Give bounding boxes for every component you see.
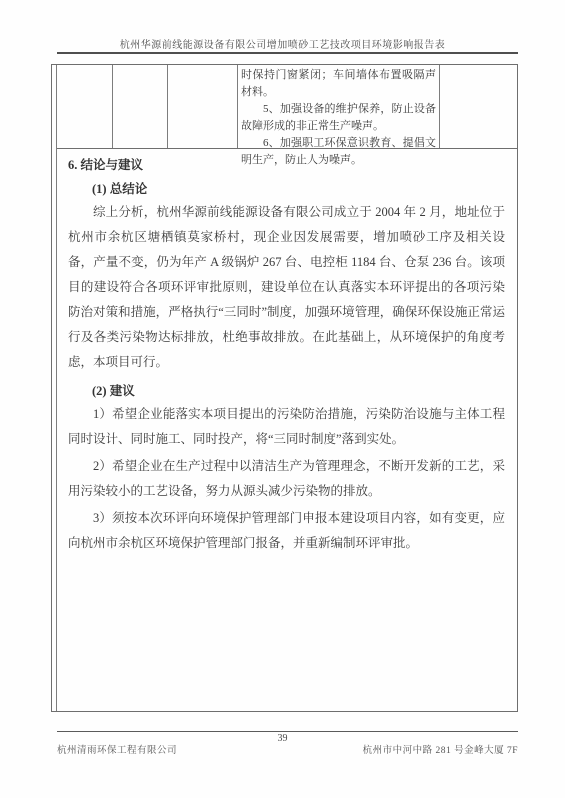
suggestion-item-2: 2）希望企业在生产过程中以清洁生产为管理理念，不断开发新的工艺，采用污染较小的工… bbox=[68, 454, 505, 504]
conclusion-section: 6. 结论与建议 (1) 总结论 综上分析，杭州华源前线能源设备有限公司成立于 … bbox=[57, 149, 517, 711]
suggestion-item-3: 3）须按本次环评向环境保护管理部门申报本建设项目内容，如有变更，应向杭州市余杭区… bbox=[68, 506, 505, 556]
document-page: 杭州华源前线能源设备有限公司增加喷砂工艺技改项目环境影响报告表 时保持门窗紧闭；… bbox=[0, 0, 565, 798]
continuation-table-row: 时保持门窗紧闭；车间墙体布置吸隔声材料。 5、加强设备的维护保养，防止设备故障形… bbox=[57, 65, 517, 149]
noise-measure-continuation-line: 时保持门窗紧闭；车间墙体布置吸隔声材料。 bbox=[241, 67, 436, 101]
table-cell-empty-3 bbox=[168, 65, 238, 148]
document-header-title: 杭州华源前线能源设备有限公司增加喷砂工艺技改项目环境影响报告表 bbox=[0, 36, 565, 51]
content-frame: 时保持门窗紧闭；车间墙体布置吸隔声材料。 5、加强设备的维护保养，防止设备故障形… bbox=[51, 64, 518, 712]
table-cell-empty-4 bbox=[440, 65, 517, 148]
suggestion-item-1: 1）希望企业能落实本项目提出的污染防治措施，污染防治设施与主体工程同时设计、同时… bbox=[68, 402, 505, 452]
section-heading: 6. 结论与建议 bbox=[68, 155, 505, 173]
header-rule bbox=[57, 52, 518, 54]
footer-company-name: 杭州清雨环保工程有限公司 bbox=[57, 742, 177, 756]
table-cell-noise-measures: 时保持门窗紧闭；车间墙体布置吸隔声材料。 5、加强设备的维护保养，防止设备故障形… bbox=[238, 65, 440, 148]
table-cell-empty-2 bbox=[113, 65, 168, 148]
subsection-1-heading: (1) 总结论 bbox=[68, 179, 505, 197]
footer-rule bbox=[57, 731, 518, 732]
table-cell-empty-1 bbox=[57, 65, 113, 148]
subsection-2-heading: (2) 建议 bbox=[68, 381, 505, 399]
general-conclusion-paragraph: 综上分析，杭州华源前线能源设备有限公司成立于 2004 年 2 月，地址位于杭州… bbox=[68, 200, 505, 375]
noise-measure-item-5: 5、加强设备的维护保养，防止设备故障形成的非正常生产噪声。 bbox=[241, 101, 436, 135]
footer-company-address: 杭州市中河中路 281 号金峰大厦 7F bbox=[363, 742, 518, 756]
